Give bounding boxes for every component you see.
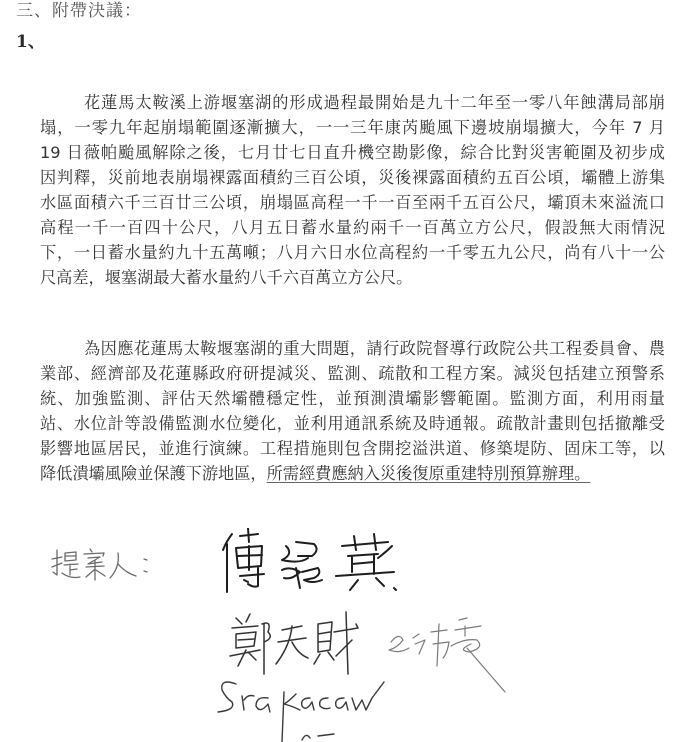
paragraph-line: 下，一日蓄水量約九十五萬噸；八月六日水位高程約一千零五九公尺，尚有八十一公 [40,240,665,265]
paragraph-2: 為因應花蓮馬太鞍堰塞湖的重大問題，請行政院督導行政院公共工程委員會、農 業部、經… [40,336,665,486]
paragraph-line: 花蓮馬太鞍溪上游堰塞湖的形成過程最開始是九十二年至一零八年蝕溝局部崩 [40,90,665,115]
paragraph-line: 水區面積六千三百廿三公頃，崩塌區高程一千一百至兩千五百公尺，壩頂未來溢流口 [40,190,665,215]
paragraph-line: 因判釋，災前地表崩塌裸露面積約三百公頃，災後裸露面積約五百公頃，壩體上游集 [40,165,665,190]
paragraph-line: 高程一千一百四十公尺，八月五日蓄水量約兩千一百萬立方公尺，假設無大雨情況 [40,215,665,240]
signature-zheng-tian-tsai [228,610,368,682]
proposer-label-handwriting [48,545,158,585]
paragraph-line: 統、加強監測、評估天然壩體穩定性，並預測潰壩影響範圍。監測方面，利用雨量 [40,386,665,411]
section-heading: 三、附帶決議： [16,0,142,21]
signature-fu-kun-chi [218,528,418,600]
paragraph-line: 影響地區居民，並進行演練。工程措施則包含開挖溢洪道、修築堤防、固床工等，以 [40,436,665,461]
paragraph-line: 19 日薇帕颱風解除之後，七月廿七日直升機空勘影像，綜合比對災害範圍及初步成 [40,140,665,165]
signature-sra-kacaw [210,676,400,742]
document-page: 三、附帶決議： 1、 花蓮馬太鞍溪上游堰塞湖的形成過程最開始是九十二年至一零八年… [0,0,687,742]
paragraph-line: 業部、經濟部及花蓮縣政府研提減災、監測、疏散和工程方案。減災包括建立預警系 [40,361,665,386]
underlined-budget-clause: 所需經費應納入災後復原重建特別預算辦理。 [267,464,591,483]
paragraph-last-line: 降低潰壩風險並保護下游地區，所需經費應納入災後復原重建特別預算辦理。 [40,461,665,486]
paragraph-1: 花蓮馬太鞍溪上游堰塞湖的形成過程最開始是九十二年至一零八年蝕溝局部崩 塌，一零九… [40,90,665,290]
paragraph-line: 為因應花蓮馬太鞍堰塞湖的重大問題，請行政院督導行政院公共工程委員會、農 [40,336,665,361]
paragraph-line: 塌，一零九年起崩塌範圍逐漸擴大，一一三年康芮颱風下邊坡崩塌擴大，今年 7 月 [40,115,665,140]
paragraph-line: 站、水位計等設備監測水位變化，並利用通訊系統及時通報。疏散計畫則包括撤離受 [40,411,665,436]
item-number: 1、 [16,27,45,52]
paragraph-line: 尺高差，堰塞湖最大蓄水量約八千六百萬立方公尺。 [40,265,665,290]
plain-text: 降低潰壩風險並保護下游地區， [40,464,267,483]
signature-cosigner [385,610,520,720]
